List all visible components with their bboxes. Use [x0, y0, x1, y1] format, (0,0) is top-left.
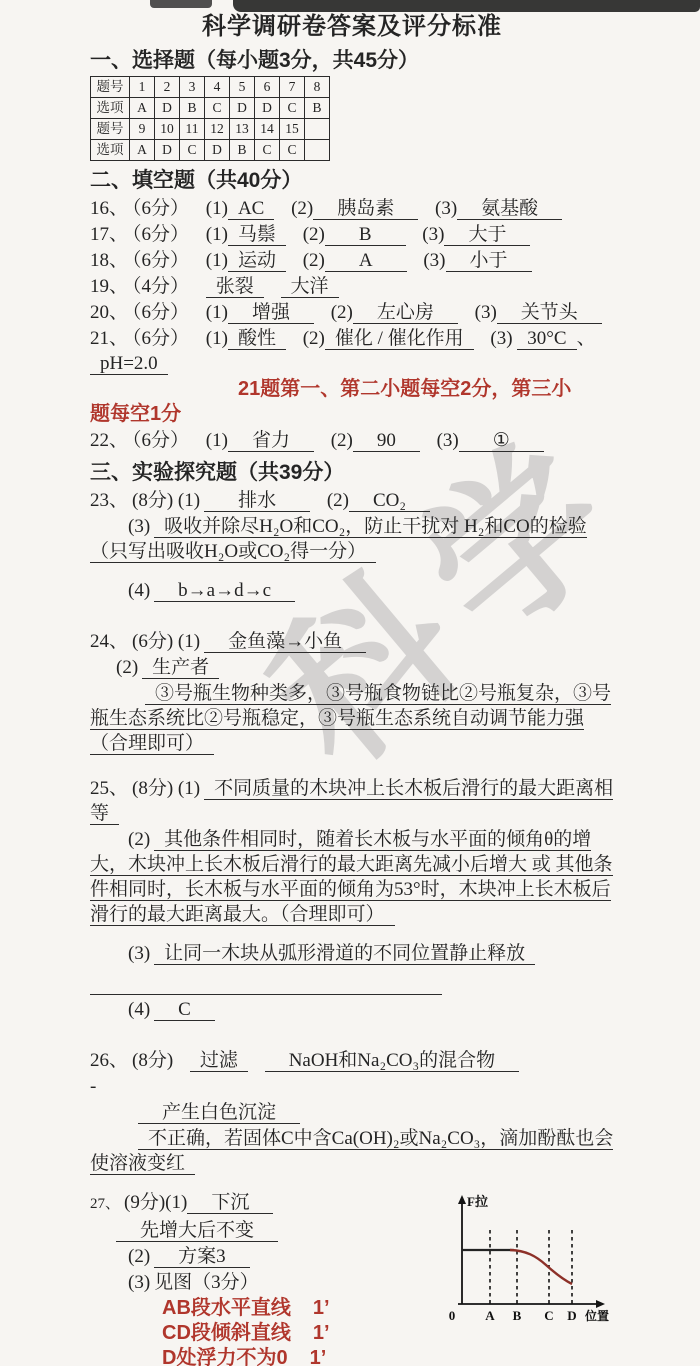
q25-line3: (3)让同一木块从弧形滑道的不同位置静止释放 — [90, 941, 614, 966]
q23-score: (8分) — [132, 490, 173, 511]
q16-part3-answer: 氨基酸 — [457, 198, 562, 220]
q21-part1-answer: 酸性 — [228, 328, 286, 350]
answer-cell: B — [180, 98, 205, 119]
q18-part2-answer: A — [325, 250, 407, 272]
q27-answers: 27、(9分)(1)下沉 先增大后不变 (2)方案3 (3)见图（3分） AB段… — [90, 1190, 438, 1366]
answer-cell: 8 — [305, 77, 330, 98]
q25-score: (8分) — [132, 778, 173, 799]
answer-cell: 4 — [205, 77, 230, 98]
q21-part3-answer-a: 30°C — [517, 328, 576, 350]
answer-cell: D — [155, 140, 180, 161]
answer-cell: C — [280, 140, 305, 161]
q22-part3-answer: ① — [459, 430, 544, 452]
grading-note-d-score: 1’ — [310, 1347, 327, 1366]
q20-line: 20、（6分） (1)增强 (2)左心房 (3)关节头 — [90, 300, 614, 325]
answer-cell: C — [255, 140, 280, 161]
q21-score: （6分） — [132, 328, 189, 349]
section1-heading: 一、选择题（每小题3分，共45分） — [90, 44, 614, 74]
answer-cell: C — [180, 140, 205, 161]
q26-answer-4: 不正确，若固体C中含Ca(OH)₂或Na₂CO₃，滴加酚酞也会使溶液变红 — [90, 1128, 613, 1175]
q25-part3-answer: 让同一木块从弧形滑道的不同位置静止释放 — [154, 943, 535, 965]
q23-number: 23、 — [90, 490, 128, 511]
q19-score: （4分） — [132, 276, 189, 297]
q17-part3-answer: 大于 — [444, 224, 530, 246]
q25-part3-label: (3) — [128, 943, 150, 964]
q20-part2-answer: 左心房 — [353, 302, 458, 324]
row-header-cell: 题号 — [91, 119, 130, 140]
answer-cell: A — [130, 98, 155, 119]
y-axis-arrow — [458, 1195, 466, 1204]
q25-number: 25、 — [90, 778, 128, 799]
q19-number: 19、 — [90, 276, 128, 297]
q26-line3: 不正确，若固体C中含Ca(OH)₂或Na₂CO₃，滴加酚酞也会使溶液变红 — [90, 1126, 614, 1176]
q27-part1-label: (1) — [165, 1192, 187, 1213]
q25-part1-label: (1) — [178, 778, 200, 799]
grading-note-cd: CD段倾斜直线1’ — [90, 1321, 438, 1346]
q22-part1-label: (1) — [206, 430, 228, 451]
q26-answer-1: 过滤 — [190, 1050, 248, 1072]
q23-part2-answer: CO₂ — [349, 490, 430, 512]
q26-number: 26、 — [90, 1050, 128, 1071]
answer-cell: 15 — [280, 119, 305, 140]
q24-line3: ③号瓶生物种类多，③号瓶食物链比②号瓶复杂，③号瓶生态系统比②号瓶稳定，③号瓶生… — [90, 681, 614, 756]
q27-line4: (3)见图（3分） — [90, 1270, 438, 1295]
answer-cell — [305, 140, 330, 161]
q27-number: 27、 — [90, 1196, 120, 1212]
q27-part3-label: (3) — [128, 1272, 150, 1293]
curve-descending-segment — [510, 1250, 572, 1284]
q16-part2-answer: 胰岛素 — [313, 198, 418, 220]
q21-part3-answer-b: pH=2.0 — [90, 353, 168, 375]
q16-part1-label: (1) — [206, 198, 228, 219]
q18-part3-answer: 小于 — [446, 250, 532, 272]
q20-part2-label: (2) — [331, 302, 353, 323]
q24-part2-answer: 生产者 — [142, 657, 219, 679]
q19-line: 19、（4分） 张裂 大洋 — [90, 274, 614, 299]
q24-line1: 24、(6分) (1)金鱼藻→小鱼 — [90, 629, 614, 654]
q17-part1-label: (1) — [206, 224, 228, 245]
q27-part1-answer: 下沉 — [187, 1192, 273, 1214]
q22-line: 22、（6分） (1)省力 (2)90 (3)① — [90, 428, 614, 453]
answer-cell: 9 — [130, 119, 155, 140]
q23-part3-answer: 吸收并除尽H₂O和CO₂，防止干扰对 H₂和CO的检验（只写出吸收H₂O或CO₂… — [90, 516, 587, 563]
graph-tick-0: 0 — [449, 1308, 456, 1323]
q16-part2-label: (2) — [291, 198, 313, 219]
answer-cell: 3 — [180, 77, 205, 98]
q21-line: 21、（6分） (1)酸性 (2)催化 / 催化作用 (3) 30°C、pH=2… — [90, 326, 614, 376]
q20-part3-label: (3) — [475, 302, 497, 323]
graph-ylabel: F拉 — [467, 1194, 488, 1209]
q21-part3-separator: 、 — [577, 328, 596, 349]
q22-part2-label: (2) — [331, 430, 353, 451]
choice-answer-table: 题号 1 2 3 4 5 6 7 8 选项 A D B C D D C B — [90, 76, 330, 161]
q22-score: （6分） — [132, 430, 189, 451]
q27-part2-label: (2) — [128, 1246, 150, 1267]
graph-tick-B: B — [513, 1308, 522, 1323]
q21-number: 21、 — [90, 328, 128, 349]
answer-cell: D — [205, 140, 230, 161]
table-row: 选项 A D B C D D C B — [91, 98, 330, 119]
q22-part2-answer: 90 — [353, 430, 420, 452]
section3-heading: 三、实验探究题（共39分） — [90, 456, 614, 486]
q22-part3-label: (3) — [437, 430, 459, 451]
q26-line1: 26、(8分) 过滤 NaOH和Na₂CO₃的混合物 — [90, 1048, 614, 1073]
q23-part1-label: (1) — [178, 490, 200, 511]
document-content: 科学调研卷答案及评分标准 一、选择题（每小题3分，共45分） 题号 1 2 3 … — [90, 4, 614, 1366]
q27-score: (9分) — [124, 1192, 165, 1213]
grading-note-d-text: D处浮力不为0 — [162, 1347, 288, 1366]
grading-note-ab-score: 1’ — [313, 1297, 330, 1319]
q22-number: 22、 — [90, 430, 128, 451]
grading-note-cd-score: 1’ — [313, 1322, 330, 1344]
answer-cell — [305, 119, 330, 140]
q17-part2-answer: B — [325, 224, 406, 246]
q16-part1-answer: AC — [228, 198, 274, 220]
q23-part2-label: (2) — [327, 490, 349, 511]
q23-line3: (3)吸收并除尽H₂O和CO₂，防止干扰对 H₂和CO的检验（只写出吸收H₂O或… — [90, 514, 614, 564]
q25-part4-answer: C — [154, 999, 215, 1021]
page: 科学 科学调研卷答案及评分标准 一、选择题（每小题3分，共45分） 题号 1 2… — [0, 0, 700, 1366]
answer-cell: B — [230, 140, 255, 161]
q26-score: (8分) — [132, 1050, 173, 1071]
grading-note-cd-text: CD段倾斜直线 — [162, 1322, 291, 1344]
grading-note-21-line1: 21题第一、第二小题每空2分，第三小 — [90, 377, 614, 402]
q27-line3: (2)方案3 — [90, 1244, 438, 1269]
q17-line: 17、（6分） (1)马鬃 (2)B (3)大于 — [90, 222, 614, 247]
grading-note-ab: AB段水平直线1’ — [90, 1296, 438, 1321]
row-header-cell: 选项 — [91, 140, 130, 161]
q24-part1-answer: 金鱼藻→小鱼 — [204, 631, 366, 653]
q17-part2-label: (2) — [303, 224, 325, 245]
q18-part3-label: (3) — [423, 250, 445, 271]
answer-cell: 6 — [255, 77, 280, 98]
q16-part3-label: (3) — [435, 198, 457, 219]
q16-number: 16、 — [90, 198, 128, 219]
answer-cell: D — [230, 98, 255, 119]
q26-line2: 产生白色沉淀 — [90, 1100, 614, 1125]
q24-score: (6分) — [132, 631, 173, 652]
grading-note-d: D处浮力不为01’ — [90, 1346, 438, 1366]
q17-number: 17、 — [90, 224, 128, 245]
q27-block: 27、(9分)(1)下沉 先增大后不变 (2)方案3 (3)见图（3分） AB段… — [90, 1190, 614, 1366]
q17-part3-label: (3) — [422, 224, 444, 245]
q17-score: （6分） — [132, 224, 189, 245]
q18-part1-answer: 运动 — [228, 250, 286, 272]
q25-line4: (4)C — [90, 997, 614, 1022]
answer-cell: D — [255, 98, 280, 119]
answer-cell: 14 — [255, 119, 280, 140]
q24-line2: (2)生产者 — [90, 655, 614, 680]
answer-cell: C — [280, 98, 305, 119]
q19-answer-1: 张裂 — [206, 276, 264, 298]
answer-cell: 5 — [230, 77, 255, 98]
table-row: 选项 A D C D B C C — [91, 140, 330, 161]
q25-part2-answer: 其他条件相同时，随着长木板与水平面的倾角θ的增大，木块冲上长木板后滑行的最大距离… — [90, 829, 613, 926]
table-row: 题号 9 10 11 12 13 14 15 — [91, 119, 330, 140]
q21-part3-label: (3) — [490, 328, 512, 349]
q23-part4-answer: b→a→d→c — [154, 580, 295, 602]
q18-line: 18、（6分） (1)运动 (2)A (3)小于 — [90, 248, 614, 273]
q21-part1-label: (1) — [206, 328, 228, 349]
q25-line1: 25、(8分) (1)不同质量的木块冲上长木板后滑行的最大距离相等 — [90, 776, 614, 826]
answer-cell: C — [205, 98, 230, 119]
q27-part3-answer: 见图（3分） — [154, 1272, 259, 1293]
q21-part2-answer: 催化 / 催化作用 — [325, 328, 474, 350]
answer-cell: B — [305, 98, 330, 119]
graph-tick-D: D — [567, 1308, 576, 1323]
q20-part1-answer: 增强 — [228, 302, 314, 324]
answer-cell: 11 — [180, 119, 205, 140]
answer-cell: A — [130, 140, 155, 161]
q25-part4-label: (4) — [128, 999, 150, 1020]
q23-line1: 23、(8分) (1)排水 (2)CO₂ — [90, 488, 614, 513]
empty-answer-line — [90, 974, 442, 995]
q21-part2-label: (2) — [303, 328, 325, 349]
q20-part1-label: (1) — [206, 302, 228, 323]
q24-part1-label: (1) — [178, 631, 200, 652]
q25-part2-label: (2) — [128, 829, 150, 850]
q18-part2-label: (2) — [303, 250, 325, 271]
row-header-cell: 题号 — [91, 77, 130, 98]
q25-line2: (2)其他条件相同时，随着长木板与水平面的倾角θ的增大，木块冲上长木板后滑行的最… — [90, 827, 614, 927]
q20-part3-answer: 关节头 — [497, 302, 602, 324]
q20-score: （6分） — [132, 302, 189, 323]
answer-cell: D — [155, 98, 180, 119]
row-header-cell: 选项 — [91, 98, 130, 119]
q26-stray-dash: - — [90, 1074, 614, 1099]
q26-answer-2: NaOH和Na₂CO₃的混合物 — [265, 1050, 519, 1072]
q23-part3-label: (3) — [128, 516, 150, 537]
answer-cell: 12 — [205, 119, 230, 140]
q23-part1-answer: 排水 — [204, 490, 310, 512]
q26-answer-3: 产生白色沉淀 — [138, 1102, 300, 1124]
answer-cell: 1 — [130, 77, 155, 98]
q24-number: 24、 — [90, 631, 128, 652]
q16-line: 16、（6分） (1)AC (2)胰岛素 (3)氨基酸 — [90, 196, 614, 221]
answer-cell: 2 — [155, 77, 180, 98]
grading-note-21-line2: 题每空1分 — [90, 402, 614, 427]
answer-cell: 10 — [155, 119, 180, 140]
section2-heading: 二、填空题（共40分） — [90, 164, 614, 194]
q27-part2-answer: 方案3 — [154, 1246, 250, 1268]
q24-part3-answer: ③号瓶生物种类多，③号瓶食物链比②号瓶复杂，③号瓶生态系统比②号瓶稳定，③号瓶生… — [90, 683, 611, 755]
q27-line1: 27、(9分)(1)下沉 — [90, 1190, 438, 1217]
q23-part4-label: (4) — [128, 580, 150, 601]
q24-part2-label: (2) — [116, 657, 138, 678]
answer-cell: 7 — [280, 77, 305, 98]
q18-score: （6分） — [132, 250, 189, 271]
q16-score: （6分） — [132, 198, 189, 219]
q19-answer-2: 大洋 — [281, 276, 339, 298]
q20-number: 20、 — [90, 302, 128, 323]
x-axis-arrow — [596, 1300, 605, 1308]
graph-tick-C: C — [544, 1308, 553, 1323]
q18-part1-label: (1) — [206, 250, 228, 271]
q22-part1-answer: 省力 — [228, 430, 314, 452]
q23-line4: (4)b→a→d→c — [90, 578, 614, 603]
page-title: 科学调研卷答案及评分标准 — [90, 6, 614, 41]
q18-number: 18、 — [90, 250, 128, 271]
table-row: 题号 1 2 3 4 5 6 7 8 — [91, 77, 330, 98]
force-position-graph: F拉 0 A B C D 位置 — [444, 1192, 616, 1342]
graph-xlabel: 位置 — [584, 1308, 609, 1323]
q27-answer-2: 先增大后不变 — [116, 1220, 278, 1242]
q27-line2: 先增大后不变 — [90, 1218, 438, 1243]
answer-cell: 13 — [230, 119, 255, 140]
graph-tick-A: A — [485, 1308, 495, 1323]
grading-note-ab-text: AB段水平直线 — [162, 1297, 291, 1319]
q17-part1-answer: 马鬃 — [228, 224, 286, 246]
